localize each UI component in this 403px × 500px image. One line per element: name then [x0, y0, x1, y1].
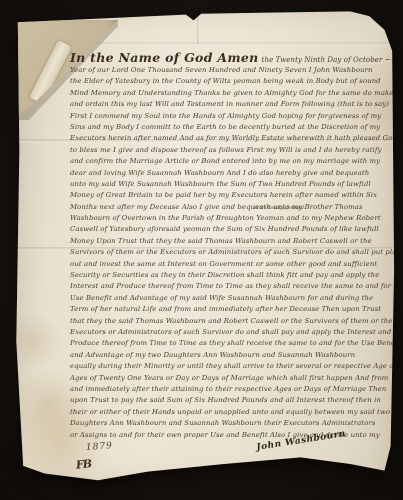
manuscript-line-1: In the Name of God Amenthe Twenty Ninth …	[70, 50, 392, 65]
manuscript-line: Washbourn of Overtown in the Parish of B…	[70, 213, 392, 224]
manuscript-line: Money Upon Trust that they the said Thom…	[70, 236, 392, 247]
manuscript-line: Executors herein after named And as for …	[70, 133, 392, 144]
manuscript-line: Caswell of Yatesbury aforesaid yeoman th…	[70, 224, 392, 235]
manuscript-line: Year of our Lord One Thousand Seven Hund…	[70, 65, 392, 76]
manuscript-line: First I commend my Soul into the Hands o…	[70, 111, 392, 122]
manuscript-line: out and invest the same at Interest on G…	[70, 259, 392, 270]
manuscript-line: Ages of Twenty One Years or Day or Days …	[70, 373, 392, 384]
opening-phrase: In the Name of God Amen	[70, 50, 262, 65]
manuscript-line: dear and loving Wife Susannah Washbourn …	[70, 168, 392, 179]
manuscript-line: and immediately after their attaining to…	[70, 384, 392, 395]
manuscript-line: Mind Memory and Understanding Thanks be …	[70, 88, 392, 99]
manuscript-line: the Elder of Yatesbury in the County of …	[70, 76, 392, 87]
manuscript-line: Interest and Produce thereof from Time t…	[70, 281, 392, 292]
manuscript-line: and ordain this my last Will and Testame…	[70, 99, 392, 110]
manuscript-line: and confirm the Marriage Article or Bond…	[70, 156, 392, 167]
photo-backdrop: In the Name of God Amenthe Twenty Ninth …	[0, 0, 403, 500]
manuscript-body-lines: Year of our Lord One Thousand Seven Hund…	[70, 65, 392, 441]
manuscript-line: that they the said Thomas Washbourn and …	[70, 316, 392, 327]
year-annotation: 1879	[86, 441, 114, 453]
vertical-fold-crease	[197, 10, 200, 44]
manuscript-line: equally during their Minority or until t…	[70, 361, 392, 372]
manuscript-line: Survivors of them or the Executors or Ad…	[70, 247, 392, 258]
manuscript-line: to bless me I give and dispose thereof a…	[70, 145, 392, 156]
interlinear-insertion: in the County aforesaid	[254, 205, 304, 210]
manuscript-line: Term of her natural Life and from and im…	[70, 304, 392, 315]
manuscript-page-wrap: In the Name of God Amenthe Twenty Ninth …	[14, 8, 396, 484]
manuscript-page: In the Name of God Amenthe Twenty Ninth …	[14, 8, 396, 484]
clerk-monogram: FB	[75, 457, 91, 472]
manuscript-line: upon Trust to pay the said Sum of Six Hu…	[70, 395, 392, 406]
manuscript-line: and Advantage of my two Daughters Ann Wa…	[70, 350, 392, 361]
manuscript-line: Security or Securities as they in their …	[70, 270, 392, 281]
manuscript-line: Executors or Administrators of such Surv…	[70, 327, 392, 338]
manuscript-line: Sins and my Body I committ to the Earth …	[70, 122, 392, 133]
manuscript-line: Produce thereof from Time to Time as the…	[70, 338, 392, 349]
line-1-text: the Twenty Ninth Day of October ~~ in th…	[262, 56, 403, 64]
manuscript-line: Money of Great Britain to be paid her by…	[70, 190, 392, 201]
manuscript-text: In the Name of God Amenthe Twenty Ninth …	[70, 50, 392, 441]
manuscript-line: unto my said Wife Susannah Washbourn the…	[70, 179, 392, 190]
manuscript-line: their or either of their Hands unpaid or…	[70, 407, 392, 418]
manuscript-line: Months next after my Decease Also I give…	[70, 202, 392, 213]
manuscript-line: Daughters Ann Washbourn and Susannah Was…	[70, 418, 392, 429]
manuscript-line: Use Benefit and Advantage of my said Wif…	[70, 293, 392, 304]
